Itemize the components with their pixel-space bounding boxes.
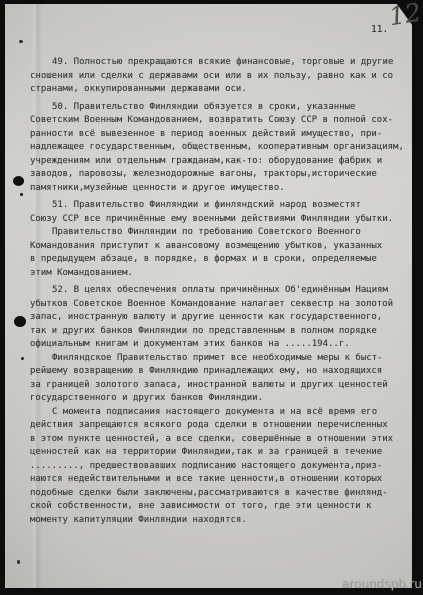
scan-edge-left (0, 0, 5, 595)
punch-hole-dot (20, 193, 23, 196)
paragraph: Финляндское Правительство примет все нео… (30, 352, 412, 406)
text-line: ской собственности, вне зависимости от т… (30, 500, 412, 514)
text-line: надлежащее государственным, общественным… (30, 141, 412, 155)
text-line: 51. Правительство Финляндии и финляндски… (30, 199, 412, 213)
text-line: С момента подписания настоящего документ… (30, 406, 412, 420)
text-line: Правительство Финляндии по требованию Со… (30, 226, 412, 240)
text-line: ценностей как на территории Финляндии,та… (30, 446, 412, 460)
paragraph: 50. Правительство Финляндии обязуется в … (30, 101, 412, 196)
text-line: ранности всё вывезенное в период военных… (30, 128, 412, 142)
text-line: рейшему возвращению в Финляндию принадле… (30, 365, 412, 379)
text-line: так и других банков Финляндии по предста… (30, 325, 412, 339)
text-line: странами, оккупированными державами оси. (30, 83, 412, 97)
text-line: Командования приступит к авансовому возм… (30, 240, 412, 254)
text-line: действия запрещаются всякого рода сделки… (30, 419, 412, 433)
scan-edge-top (0, 0, 423, 4)
text-line: за границей золотого запаса, иностранной… (30, 379, 412, 393)
text-line: Союзу ССР все причинённые ему военными д… (30, 213, 412, 227)
text-line: памятники,музейные ценности и другое иму… (30, 182, 412, 196)
text-line: учреждениям или отдельным гражданам,как-… (30, 155, 412, 169)
scan-edge-right (412, 0, 423, 595)
watermark: aroundspb.ru (342, 576, 422, 591)
handwritten-page-number: 12 (387, 0, 423, 31)
paragraph: 49. Полностью прекращаются всякие финанс… (30, 56, 412, 97)
text-line: подобные сделки были заключены,рассматри… (30, 487, 412, 501)
paragraph: С момента подписания настоящего документ… (30, 406, 412, 528)
text-line: государственного и других банков Финлянд… (30, 392, 412, 406)
text-line: моменту капитуляции Финляндии находятся. (30, 514, 412, 528)
punch-hole-bottom (14, 316, 26, 327)
paragraph: Правительство Финляндии по требованию Со… (30, 226, 412, 280)
text-line: наются недействительными и все такие цен… (30, 473, 412, 487)
text-line: запас, иностранную валюту и другие ценно… (30, 311, 412, 325)
paper-speck (19, 40, 23, 43)
paragraph: 51. Правительство Финляндии и финляндски… (30, 199, 412, 226)
text-line: 49. Полностью прекращаются всякие финанс… (30, 56, 412, 70)
text-line: 50. Правительство Финляндии обязуется в … (30, 101, 412, 115)
text-line: этим Командованием. (30, 267, 412, 281)
text-line: 52. В целях обеспечения оплаты причинённ… (30, 284, 412, 298)
paragraph: 52. В целях обеспечения оплаты причинённ… (30, 284, 412, 352)
punch-hole-top (13, 176, 24, 186)
typed-page-number: 11. (371, 24, 388, 35)
text-line: официальным книгам и документам этих бан… (30, 338, 412, 352)
text-line: убытков Советское Военное Командование н… (30, 298, 412, 312)
text-line: ........., предшествовавших подписанию н… (30, 460, 412, 474)
text-line: в предыдущем абзаце, в порядке, в формах… (30, 253, 412, 267)
document-body: 49. Полностью прекращаются всякие финанс… (30, 52, 412, 527)
text-line: сношения или сделки с державами оси или … (30, 70, 412, 84)
paper-speck (17, 560, 20, 564)
text-line: заводов, паровозы, железнодорожные вагон… (30, 168, 412, 182)
text-line: Советским Военным Командованием, возврат… (30, 114, 412, 128)
scanned-document-page: 12 11. 49. Полностью прекращаются всякие… (0, 0, 423, 595)
paper-speck (21, 357, 24, 360)
text-line: в этом пункте ценностей, а все сделки, с… (30, 433, 412, 447)
text-line: Финляндское Правительство примет все нео… (30, 352, 412, 366)
